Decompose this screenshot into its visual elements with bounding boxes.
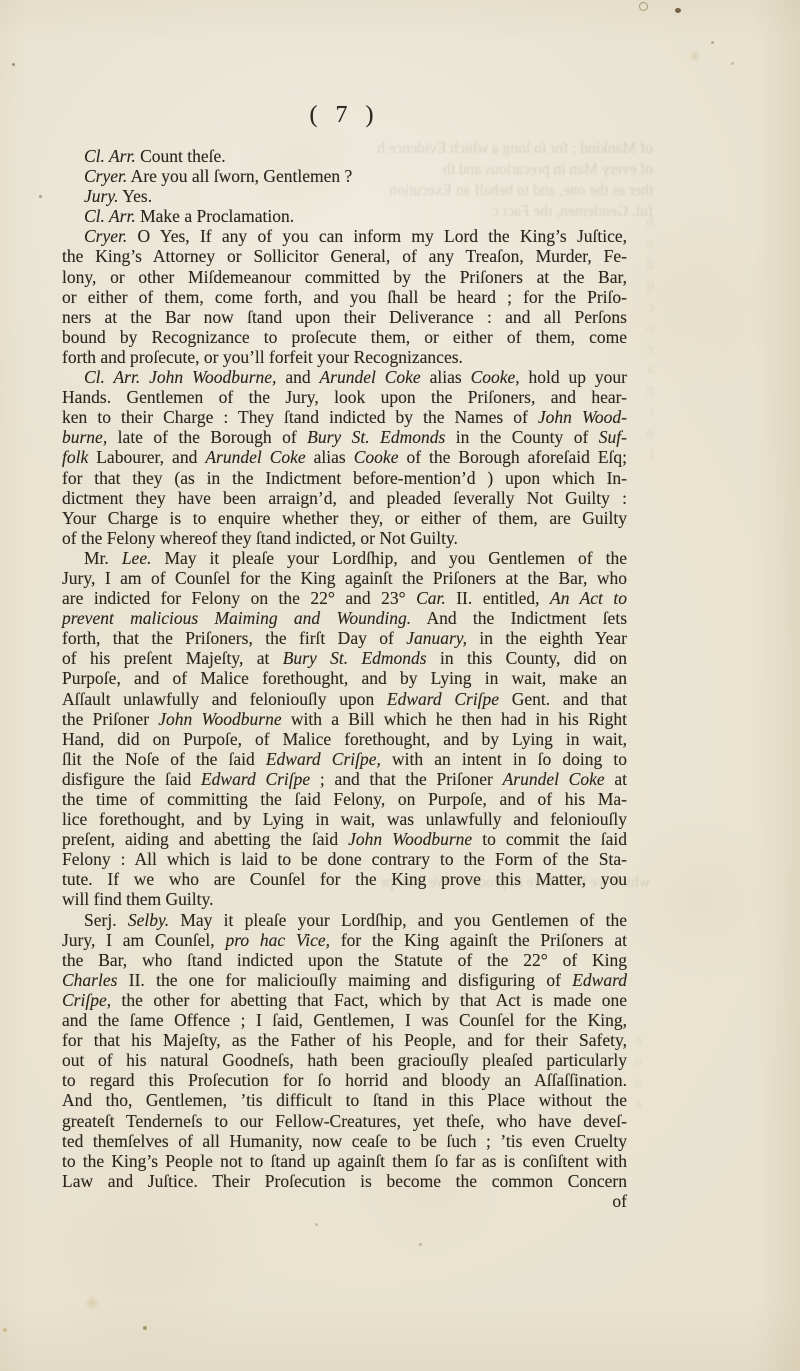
text-line: for that they (as in the Indictment befo… [62, 468, 627, 488]
text-line: prevent malicious Maiming and Wounding. … [62, 608, 627, 628]
text-line: bound by Recognizance to proſecute them,… [62, 327, 627, 347]
text-line: Charles II. the one for maliciouſly maim… [62, 970, 627, 990]
text-line: Hand, did on Purpoſe, of Malice forethou… [62, 729, 627, 749]
text-line: burne, late of the Borough of Bury St. E… [62, 427, 627, 447]
text-line: of [62, 1191, 627, 1211]
text-line: are indicted for Felony on the 22° and 2… [62, 588, 627, 608]
text-line: forth, that the Priſoners, the firſt Day… [62, 628, 627, 648]
foxing-spot [84, 1296, 100, 1310]
text-line: dictment they have been arraign’d, and p… [62, 488, 627, 508]
text-line: lony, or other Miſdemeanour committed by… [62, 267, 627, 287]
foxing-spot [731, 62, 734, 65]
text-line: Purpoſe, and of Malice forethought, and … [62, 668, 627, 688]
text-line: will find them Guilty. [62, 889, 627, 909]
text-line: Mr. Lee. May it pleaſe your Lordſhip, an… [62, 548, 627, 568]
bleedthrough-text: bodqcoeantoi [628, 212, 654, 464]
page-number: ( 7 ) [62, 102, 627, 129]
foxing-spot [639, 2, 648, 11]
text-line: Your Charge is to enquire whether they, … [62, 508, 627, 528]
text-line: out of his natural Goodneſs, hath been g… [62, 1050, 627, 1070]
foxing-spot [675, 8, 681, 13]
text-line: ſlit the Noſe of the ſaid Edward Criſpe,… [62, 749, 627, 769]
foxing-spot [3, 1328, 7, 1332]
text-line: Jury. Yes. [62, 186, 627, 206]
text-line: folk Labourer, and Arundel Coke alias Co… [62, 447, 627, 467]
text-line: of the Felony whereof they ſtand indicte… [62, 528, 627, 548]
text-line: Hands. Gentlemen of the Jury, look upon … [62, 387, 627, 407]
text-line: Serj. Selby. May it pleaſe your Lordſhip… [62, 910, 627, 930]
text-line: ted themſelves of all Humanity, now ceaſ… [62, 1131, 627, 1151]
text-line: Felony : All which is laid to be done co… [62, 849, 627, 869]
text-line: ners at the Bar now ſtand upon their Del… [62, 307, 627, 327]
text-line: Cl. Arr. John Woodburne, and Arundel Cok… [62, 367, 627, 387]
text-line: Jury, I am of Counſel for the King again… [62, 568, 627, 588]
text-line: Aſſault unlawfully and feloniouſly upon … [62, 689, 627, 709]
text-line: forth and proſecute, or you’ll forfeit y… [62, 347, 627, 367]
text-line: Law and Juſtice. Their Proſecution is be… [62, 1171, 627, 1191]
foxing-spot [688, 50, 702, 62]
text-line: Cryer. O Yes, If any of you can inform m… [62, 226, 627, 246]
foxing-spot [711, 41, 714, 44]
foxing-spot [12, 63, 15, 66]
text-line: Cl. Arr. Make a Proclamation. [62, 206, 627, 226]
text-line: And tho, Gentlemen, ’tis difficult to ſt… [62, 1090, 627, 1110]
book-page: of Mankind ; for ſo long a which Evidenc… [0, 0, 800, 1371]
foxing-spot [39, 195, 42, 198]
text-line: Jury, I am Counſel, pro hac Vice, for th… [62, 930, 627, 950]
text-line: to regard this Proſecution for ſo horrid… [62, 1070, 627, 1090]
text-line: Criſpe, the other for abetting that Fact… [62, 990, 627, 1010]
foxing-spot [315, 1223, 318, 1226]
text-line: the Priſoner John Woodburne with a Bill … [62, 709, 627, 729]
text-line: preſent, aiding and abetting the ſaid Jo… [62, 829, 627, 849]
text-line: to the King’s People not to ſtand up aga… [62, 1151, 627, 1171]
text-line: for that his Majeſty, as the Father of h… [62, 1030, 627, 1050]
text-line: or either of them, come forth, and you ſ… [62, 287, 627, 307]
text-line: Cryer. Are you all ſworn, Gentlemen ? [62, 166, 627, 186]
text-line: lice forethought, and by Lying in wait, … [62, 809, 627, 829]
text-line: the Bar, who ſtand indicted upon the Sta… [62, 950, 627, 970]
text-line: and the ſame Offence ; I ſaid, Gentlemen… [62, 1010, 627, 1030]
text-line: of his preſent Majeſty, at Bury St. Edmo… [62, 648, 627, 668]
text-line: the King’s Attorney or Sollicitor Genera… [62, 246, 627, 266]
text-line: tute. If we who are Counſel for the King… [62, 869, 627, 889]
foxing-spot [419, 1243, 422, 1246]
text-block: Cl. Arr. Count theſe.Cryer. Are you all … [62, 146, 627, 1211]
text-line: ken to their Charge : They ſtand indicte… [62, 407, 627, 427]
text-line: greateſt Tenderneſs to our Fellow-Creatu… [62, 1111, 627, 1131]
foxing-spot [143, 1326, 147, 1330]
text-line: disfigure the ſaid Edward Criſpe ; and t… [62, 769, 627, 789]
text-line: Cl. Arr. Count theſe. [62, 146, 627, 166]
text-line: the time of committing the ſaid Felony, … [62, 789, 627, 809]
